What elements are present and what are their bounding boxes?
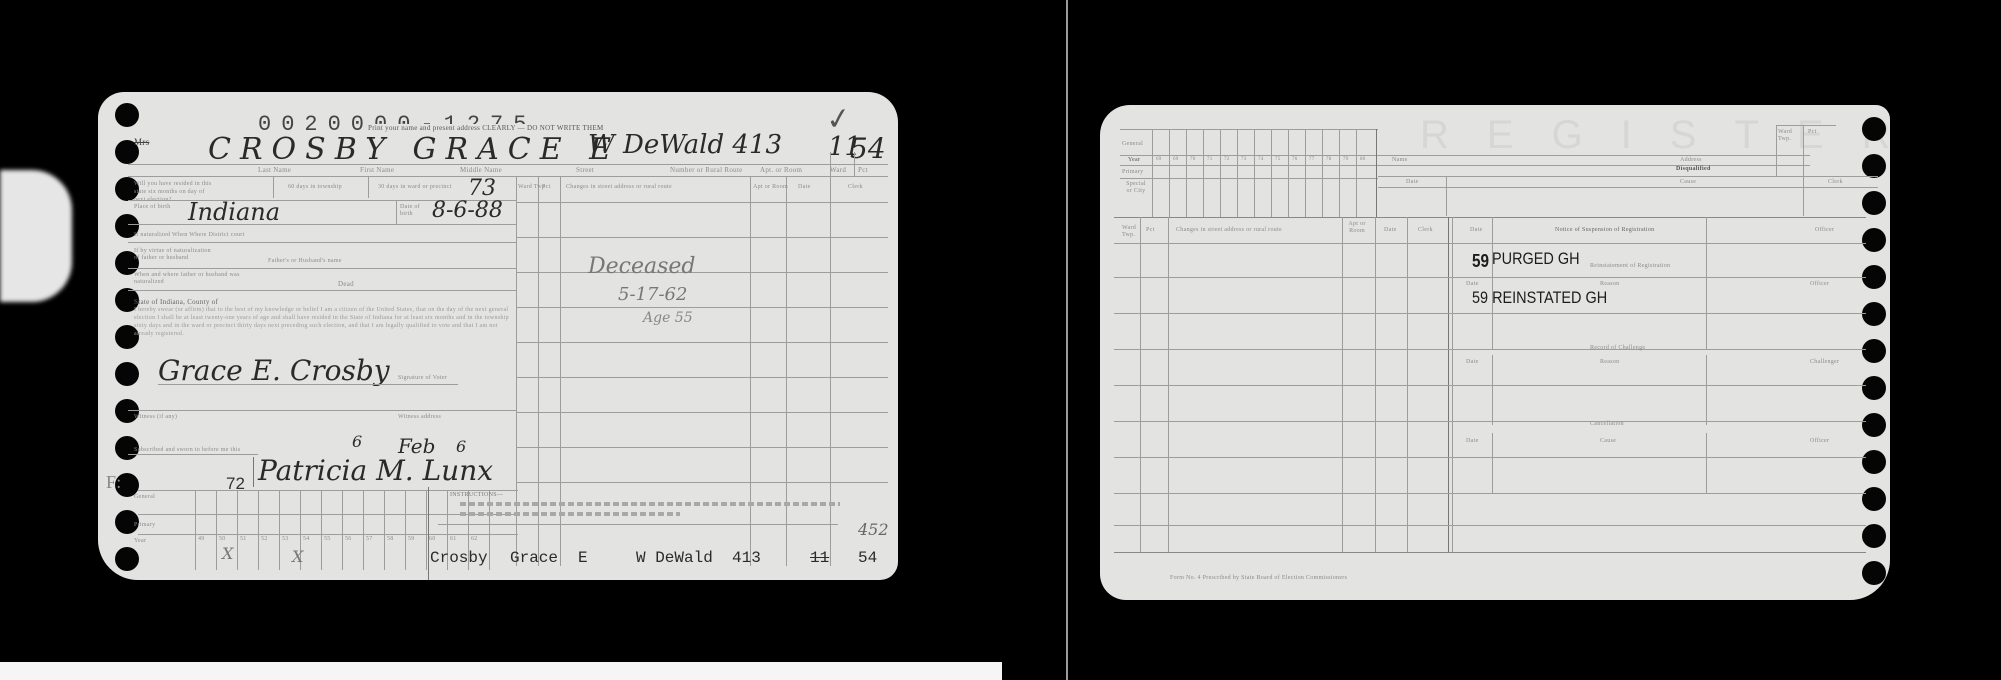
typed-first-name: Grace bbox=[510, 549, 558, 567]
punch-hole bbox=[1862, 154, 1886, 178]
col-suspension-date: Date bbox=[1470, 227, 1483, 233]
col-date: Date bbox=[798, 184, 811, 190]
label-father-husband: Father's or Husband's name bbox=[268, 258, 342, 264]
label-apt: Apt. or Room bbox=[760, 166, 802, 174]
oath-heading: State of Indiana, County of bbox=[134, 298, 218, 306]
reinstatement-col-date: Date bbox=[1466, 281, 1479, 287]
clerk-number: 72 bbox=[226, 474, 245, 494]
punch-hole bbox=[1862, 191, 1886, 215]
clerk-signature: Patricia M. Lunx bbox=[258, 454, 493, 487]
label-date: Date bbox=[1406, 179, 1419, 185]
label-number: Number or Rural Route bbox=[670, 166, 743, 174]
typed-precinct: 54 bbox=[858, 549, 877, 567]
challenge-col-reason: Reason bbox=[1600, 359, 1619, 365]
grid-row-year: Year bbox=[1128, 157, 1140, 163]
grid-years: 69 69 70 71 72 73 74 75 76 77 78 79 80 bbox=[1156, 157, 1377, 162]
punch-hole bbox=[1862, 117, 1886, 141]
cancellation-col-officer: Officer bbox=[1810, 438, 1829, 444]
challenge-col-date: Date bbox=[1466, 359, 1479, 365]
cancellation-col-cause: Cause bbox=[1600, 438, 1616, 444]
deceased-age: Age 55 bbox=[643, 310, 693, 326]
instructions-text: 1. Enter date voter is sworn and card fi… bbox=[460, 502, 648, 507]
ghost-print: REGISTER bbox=[1420, 113, 1928, 158]
typed-ward: 11 bbox=[810, 549, 829, 567]
label-address: Address bbox=[1680, 157, 1702, 163]
label-disqualified: Disqualified bbox=[1676, 166, 1711, 172]
punch-hole bbox=[1862, 561, 1886, 585]
col-changes: Changes in street address or rural route bbox=[1176, 227, 1282, 233]
label-last-name: Last Name bbox=[258, 166, 291, 174]
film-edge bbox=[0, 662, 1002, 680]
grid-row-general: General bbox=[1122, 141, 1143, 147]
challenge-col-challenger: Challenger bbox=[1810, 359, 1839, 365]
label-naturalized: If naturalized When Where District court bbox=[134, 232, 245, 238]
punch-hole bbox=[1862, 487, 1886, 511]
deceased-date: 5-17-62 bbox=[618, 284, 687, 305]
col-ward-twp: Ward Twp. bbox=[1122, 225, 1140, 239]
punch-hole bbox=[1862, 413, 1886, 437]
label-first-name: First Name bbox=[360, 166, 394, 174]
name-handwritten: CROSBY GRACE E bbox=[208, 132, 620, 167]
col-clerk: Clerk bbox=[1418, 227, 1433, 233]
question-township: 60 days in township bbox=[288, 184, 342, 190]
col-notice-suspension: Notice of Suspension of Registration bbox=[1555, 227, 1654, 233]
reinstatement-col-officer: Officer bbox=[1810, 281, 1829, 287]
label-witness-address: Witness address bbox=[398, 414, 441, 420]
typed-street: W DeWald bbox=[636, 549, 713, 567]
subscribed-day: 6 bbox=[352, 432, 362, 451]
col-apt: Apt or Room bbox=[753, 184, 788, 190]
reinstatement-heading: Reinstatement of Registration bbox=[1590, 263, 1670, 269]
grid-row-special: Special or City bbox=[1124, 181, 1148, 195]
punch-hole bbox=[1862, 524, 1886, 548]
label-clerk: Clerk bbox=[1828, 179, 1843, 185]
title-prefix: Mrs bbox=[134, 137, 149, 147]
registration-card-front: 0020000-1275 Print your name and present… bbox=[98, 92, 898, 580]
cancellation-heading: Cancellation bbox=[1590, 421, 1624, 427]
label-street: Street bbox=[576, 166, 594, 174]
typed-last-name: Crosby bbox=[430, 549, 488, 567]
label-middle-name: Middle Name bbox=[460, 166, 502, 174]
grid-row-primary: Primary bbox=[134, 522, 155, 528]
challenge-heading: Record of Challenge bbox=[1590, 345, 1645, 351]
label-pct: Pct bbox=[858, 166, 868, 174]
header-instruction: Print your name and present address CLEA… bbox=[366, 124, 606, 132]
col-officer: Officer bbox=[1815, 227, 1834, 233]
label-name: Name bbox=[1392, 157, 1408, 163]
punch-hole bbox=[1862, 302, 1886, 326]
typed-middle: E bbox=[578, 549, 588, 567]
voter-signature: Grace E. Crosby bbox=[158, 354, 390, 387]
oath-text: I hereby swear (or affirm) that to the b… bbox=[134, 306, 509, 338]
registration-card-back: REGISTER General Year 69 69 70 71 72 73 … bbox=[1100, 105, 1890, 600]
grid-row-primary: Primary bbox=[1122, 169, 1143, 175]
label-when-where: When and where father or husband was nat… bbox=[134, 272, 244, 286]
label-signature: Signature of Voter bbox=[398, 375, 447, 381]
punch-hole bbox=[1862, 339, 1886, 363]
punch-hole bbox=[115, 362, 139, 386]
label-date-of-birth: Date of birth bbox=[400, 204, 428, 218]
thumb-blur bbox=[0, 170, 72, 302]
f-mark: F: bbox=[106, 472, 122, 493]
other-value: Dead bbox=[338, 280, 354, 288]
grid-row-general: General bbox=[134, 494, 155, 500]
label-cause: Cause bbox=[1680, 179, 1696, 185]
label-subscribed: Subscribed and sworn to before me this bbox=[134, 447, 240, 453]
deceased-note: Deceased bbox=[588, 254, 696, 279]
place-of-birth-handwritten: Indiana bbox=[188, 198, 280, 226]
date-of-birth-handwritten: 8-6-88 bbox=[432, 198, 503, 223]
punch-hole bbox=[1862, 376, 1886, 400]
label-pct: Pct bbox=[1808, 129, 1817, 135]
punch-hole bbox=[1862, 450, 1886, 474]
label-citizen-by-virtue: If by virtue of naturalization of father… bbox=[134, 248, 214, 262]
col-apt-room: Apt or Room bbox=[1347, 221, 1367, 235]
cancellation-col-date: Date bbox=[1466, 438, 1479, 444]
label-ward: Ward bbox=[830, 166, 846, 174]
col-clerk: Clerk bbox=[848, 184, 863, 190]
punch-hole bbox=[115, 547, 139, 571]
punch-hole bbox=[1862, 228, 1886, 252]
suspension-stamp-year: 59 bbox=[1472, 251, 1489, 272]
form-footer: Form No. 4 Prescribed by State Board of … bbox=[1170, 575, 1347, 581]
suspension-stamp-text: PURGED GH bbox=[1492, 249, 1580, 269]
col-pct: Pct bbox=[1146, 227, 1155, 233]
reinstatement-col-reason: Reason bbox=[1600, 281, 1619, 287]
label-ward-twp: Ward Twp. bbox=[1778, 129, 1798, 143]
label-place-of-birth: Place of birth bbox=[134, 204, 171, 210]
box-number-handwritten: 452 bbox=[858, 520, 889, 539]
punch-hole bbox=[115, 103, 139, 127]
label-witness: Witness (if any) bbox=[134, 414, 177, 420]
col-date: Date bbox=[1384, 227, 1397, 233]
film-divider bbox=[1066, 0, 1068, 680]
typed-number: 413 bbox=[732, 549, 761, 567]
vote-mark: X bbox=[222, 544, 233, 563]
col-changes: Changes in street address or rural route bbox=[566, 184, 672, 190]
col-pct: Pct bbox=[542, 184, 551, 190]
address-handwritten: W DeWald 413 bbox=[588, 130, 782, 160]
grid-row-year: Year bbox=[134, 538, 146, 544]
precinct-handwritten: 54 bbox=[850, 132, 886, 165]
vote-mark: X bbox=[292, 547, 303, 566]
instructions-heading: INSTRUCTIONS— bbox=[450, 492, 503, 498]
question-precinct: 30 days in ward or precinct bbox=[378, 184, 452, 190]
